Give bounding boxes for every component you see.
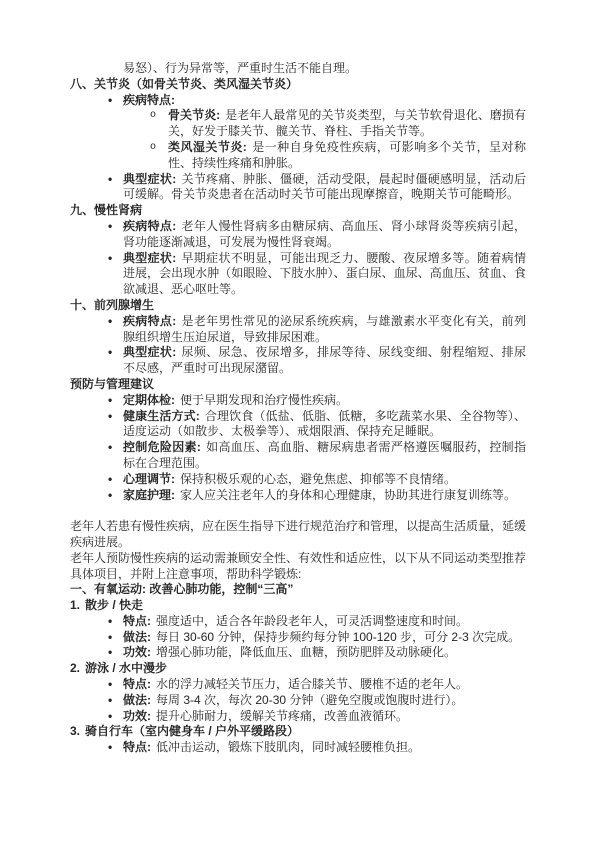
bullet-icon: • bbox=[108, 645, 112, 661]
numbered-heading: 1.散步 / 快走 bbox=[70, 598, 526, 614]
text-line: 九、慢性肾病 bbox=[70, 203, 142, 217]
bullet-item: •做法:每周 3-4 次，每次 20-30 分钟（避免空腹或饱腹时进行）。 bbox=[70, 693, 526, 709]
section-heading: 八、关节炎（如骨关节炎、类风湿关节炎） bbox=[70, 77, 526, 93]
item-label: 骨关节炎 bbox=[168, 108, 216, 122]
label-separator: : bbox=[147, 693, 151, 707]
bullet-item: •功效:提升心肺耐力，缓解关节疼痛，改善血液循环。 bbox=[70, 709, 526, 725]
bullet-item: •特点:低冲击运动，锻炼下肢肌肉，同时减轻腰椎负担。 bbox=[70, 740, 526, 756]
sub-bullet-item: o类风湿关节炎:是一种自身免疫性疾病，可影响多个关节，呈对称性、持续性疼痛和肿胀… bbox=[70, 140, 526, 172]
item-text: 早期症状不明显，可能出现乏力、腰酸、夜尿增多等。随着病情进展，会出现水肿（如眼睑… bbox=[123, 251, 526, 297]
bullet-item: •特点:水的浮力减轻关节压力，适合膝关节、腰椎不适的老年人。 bbox=[70, 677, 526, 693]
numbered-heading: 2.游泳 / 水中漫步 bbox=[70, 661, 526, 677]
item-label: 做法 bbox=[123, 630, 147, 644]
item-label: 典型症状 bbox=[123, 172, 172, 186]
text-line: 易怒）、行为异常等，严重时生活不能自理。 bbox=[123, 61, 357, 75]
item-text: 增强心肺功能，降低血压、血糖，预防肥胖及动脉硬化。 bbox=[156, 645, 456, 659]
section-heading: 九、慢性肾病 bbox=[70, 203, 526, 219]
label-separator: : bbox=[172, 314, 176, 328]
bullet-item: •疾病特点:是老年男性常见的泌尿系统疾病，与雄激素水平变化有关，前列腺组织增生压… bbox=[70, 314, 526, 346]
item-label: 典型症状 bbox=[123, 345, 172, 359]
item-label: 心理调节 bbox=[123, 472, 171, 486]
hollow-bullet-icon: o bbox=[150, 108, 156, 124]
hollow-bullet-icon: o bbox=[150, 140, 156, 156]
label-separator: : bbox=[172, 345, 176, 359]
label-separator: : bbox=[172, 172, 176, 186]
bullet-item: •典型症状:早期症状不明显，可能出现乏力、腰酸、夜尿增多等。随着病情进展，会出现… bbox=[70, 251, 526, 298]
bullet-icon: • bbox=[108, 630, 112, 646]
bullet-icon: • bbox=[108, 677, 112, 693]
text-line: 老年人若患有慢性疾病，应在医生指导下进行规范治疗和管理，以提高生活质量，延缓疾病… bbox=[70, 519, 526, 549]
bullet-icon: • bbox=[108, 345, 112, 361]
bullet-icon: • bbox=[108, 314, 112, 330]
sub-bullet-item: o骨关节炎:是老年人最常见的关节炎类型，与关节软骨退化、磨损有关，好发于膝关节、… bbox=[70, 108, 526, 140]
item-text: 老年人慢性肾病多由糖尿病、高血压、肾小球肾炎等疾病引起，肾功能逐渐减退，可发展为… bbox=[123, 219, 526, 249]
text-line: 一、有氧运动: 改善心肺功能，控制“三高” bbox=[70, 582, 293, 596]
bullet-item: •定期体检:便于早期发现和治疗慢性疾病。 bbox=[70, 393, 526, 409]
continued-line: 易怒）、行为异常等，严重时生活不能自理。 bbox=[70, 61, 526, 77]
item-text: 尿频、尿急、夜尿增多，排尿等待、尿线变细、射程缩短、排尿不尽感，严重时可出现尿潴… bbox=[123, 345, 526, 375]
item-label: 特点 bbox=[123, 740, 147, 754]
heading-text: 游泳 / 水中漫步 bbox=[85, 661, 167, 675]
bullet-icon: • bbox=[108, 740, 112, 756]
item-label: 家庭护理 bbox=[123, 488, 171, 502]
item-label: 典型症状 bbox=[123, 251, 172, 265]
item-text: 每日 30-60 分钟，保持步频约每分钟 100-120 步，可分 2-3 次完… bbox=[156, 630, 520, 644]
section-heading: 一、有氧运动: 改善心肺功能，控制“三高” bbox=[70, 582, 526, 598]
item-text: 是老年人最常见的关节炎类型，与关节软骨退化、磨损有关，好发于膝关节、髋关节、脊柱… bbox=[168, 108, 526, 138]
item-text: 是老年男性常见的泌尿系统疾病，与雄激素水平变化有关，前列腺组织增生压迫尿道，导致… bbox=[123, 314, 526, 344]
item-text: 关节疼痛、肿胀、僵硬，活动受限，晨起时僵硬感明显，活动后可缓解。骨关节炎患者在活… bbox=[123, 172, 526, 202]
item-label: 定期体检 bbox=[123, 393, 171, 407]
bullet-icon: • bbox=[108, 488, 112, 504]
item-label: 健康生活方式 bbox=[123, 409, 196, 423]
bullet-icon: • bbox=[108, 614, 112, 630]
bullet-item: •健康生活方式:合理饮食（低盐、低脂、低糖，多吃蔬菜水果、全谷物等）、适度运动（… bbox=[70, 409, 526, 441]
bullet-item: •典型症状:尿频、尿急、夜尿增多，排尿等待、尿线变细、射程缩短、排尿不尽感，严重… bbox=[70, 345, 526, 377]
bullet-item: •家庭护理:家人应关注老年人的身体和心理健康，协助其进行康复训练等。 bbox=[70, 488, 526, 504]
bullet-item: •控制危险因素:如高血压、高血脂、糖尿病患者需严格遵医嘱服药，控制指标在合理范围… bbox=[70, 440, 526, 472]
item-label: 做法 bbox=[123, 693, 147, 707]
label-separator: : bbox=[171, 472, 175, 486]
bullet-item: •做法:每日 30-60 分钟，保持步频约每分钟 100-120 步，可分 2-… bbox=[70, 630, 526, 646]
bullet-icon: • bbox=[108, 709, 112, 725]
item-text: 低冲击运动，锻炼下肢肌肉，同时减轻腰椎负担。 bbox=[156, 740, 420, 754]
item-text: 水的浮力减轻关节压力，适合膝关节、腰椎不适的老年人。 bbox=[156, 677, 468, 691]
bullet-icon: • bbox=[108, 440, 112, 456]
bullet-icon: • bbox=[108, 172, 112, 188]
list-number: 3. bbox=[70, 724, 80, 738]
text-line: 八、关节炎（如骨关节炎、类风湿关节炎） bbox=[70, 77, 298, 91]
bullet-icon: • bbox=[108, 251, 112, 267]
bullet-item: •疾病特点:老年人慢性肾病多由糖尿病、高血压、肾小球肾炎等疾病引起，肾功能逐渐减… bbox=[70, 219, 526, 251]
item-label: 功效 bbox=[123, 709, 147, 723]
item-label: 特点 bbox=[123, 677, 147, 691]
bullet-icon: • bbox=[108, 693, 112, 709]
label-separator: : bbox=[196, 409, 200, 423]
bullet-item: •心理调节:保持积极乐观的心态，避免焦虑、抑郁等不良情绪。 bbox=[70, 472, 526, 488]
text-line: 老年人预防慢性疾病的运动需兼顾安全性、有效性和适应性，以下从不同运动类型推荐具体… bbox=[70, 551, 526, 581]
list-number: 2. bbox=[70, 661, 80, 675]
label-separator: : bbox=[147, 630, 151, 644]
label-separator: : bbox=[172, 251, 176, 265]
heading-text: 散步 / 快走 bbox=[85, 598, 143, 612]
item-text: 保持积极乐观的心态，避免焦虑、抑郁等不良情绪。 bbox=[180, 472, 456, 486]
bullet-icon: • bbox=[108, 409, 112, 425]
item-label: 特点 bbox=[123, 614, 147, 628]
bullet-item: •典型症状:关节疼痛、肿胀、僵硬，活动受限，晨起时僵硬感明显，活动后可缓解。骨关… bbox=[70, 172, 526, 204]
label-separator: : bbox=[147, 709, 151, 723]
document-content: 易怒）、行为异常等，严重时生活不能自理。八、关节炎（如骨关节炎、类风湿关节炎）•… bbox=[70, 61, 526, 756]
label-separator: : bbox=[171, 393, 175, 407]
numbered-heading: 3.骑自行车（室内健身车 / 户外平缓路段） bbox=[70, 724, 526, 740]
label-separator: : bbox=[197, 440, 201, 454]
section-heading: 预防与管理建议 bbox=[70, 377, 526, 393]
list-number: 1. bbox=[70, 598, 80, 612]
text-line: 预防与管理建议 bbox=[70, 377, 154, 391]
label-separator: : bbox=[147, 677, 151, 691]
label-separator: : bbox=[147, 740, 151, 754]
item-label: 疾病特点 bbox=[123, 93, 171, 107]
item-label: 疾病特点 bbox=[123, 219, 172, 233]
label-separator: : bbox=[147, 645, 151, 659]
label-separator: : bbox=[171, 488, 175, 502]
label-separator: : bbox=[216, 108, 220, 122]
bullet-item: •功效:增强心肺功能，降低血压、血糖，预防肥胖及动脉硬化。 bbox=[70, 645, 526, 661]
paragraph: 老年人预防慢性疾病的运动需兼顾安全性、有效性和适应性，以下从不同运动类型推荐具体… bbox=[70, 551, 526, 583]
item-text: 提升心肺耐力，缓解关节疼痛，改善血液循环。 bbox=[156, 709, 408, 723]
bullet-icon: • bbox=[108, 219, 112, 235]
label-separator: : bbox=[171, 93, 175, 107]
section-heading: 十、前列腺增生 bbox=[70, 298, 526, 314]
bullet-item: •疾病特点: bbox=[70, 93, 526, 109]
bullet-icon: • bbox=[108, 393, 112, 409]
label-separator: : bbox=[147, 614, 151, 628]
bullet-item: •特点:强度适中，适合各年龄段老年人，可灵活调整速度和时间。 bbox=[70, 614, 526, 630]
label-separator: : bbox=[243, 140, 247, 154]
heading-text: 骑自行车（室内健身车 / 户外平缓路段） bbox=[85, 724, 299, 738]
bullet-icon: • bbox=[108, 93, 112, 109]
label-separator: : bbox=[172, 219, 176, 233]
document-page: 易怒）、行为异常等，严重时生活不能自理。八、关节炎（如骨关节炎、类风湿关节炎）•… bbox=[0, 0, 595, 841]
bullet-icon: • bbox=[108, 472, 112, 488]
text-line: 十、前列腺增生 bbox=[70, 298, 154, 312]
item-text: 每周 3-4 次，每次 20-30 分钟（避免空腹或饱腹时进行）。 bbox=[156, 693, 463, 707]
item-text: 便于早期发现和治疗慢性疾病。 bbox=[180, 393, 348, 407]
item-label: 类风湿关节炎 bbox=[168, 140, 243, 154]
item-text: 家人应关注老年人的身体和心理健康，协助其进行康复训练等。 bbox=[180, 488, 516, 502]
item-text: 强度适中，适合各年龄段老年人，可灵活调整速度和时间。 bbox=[156, 614, 468, 628]
item-label: 功效 bbox=[123, 645, 147, 659]
item-label: 疾病特点 bbox=[123, 314, 172, 328]
paragraph: 老年人若患有慢性疾病，应在医生指导下进行规范治疗和管理，以提高生活质量，延缓疾病… bbox=[70, 519, 526, 551]
item-label: 控制危险因素 bbox=[123, 440, 197, 454]
